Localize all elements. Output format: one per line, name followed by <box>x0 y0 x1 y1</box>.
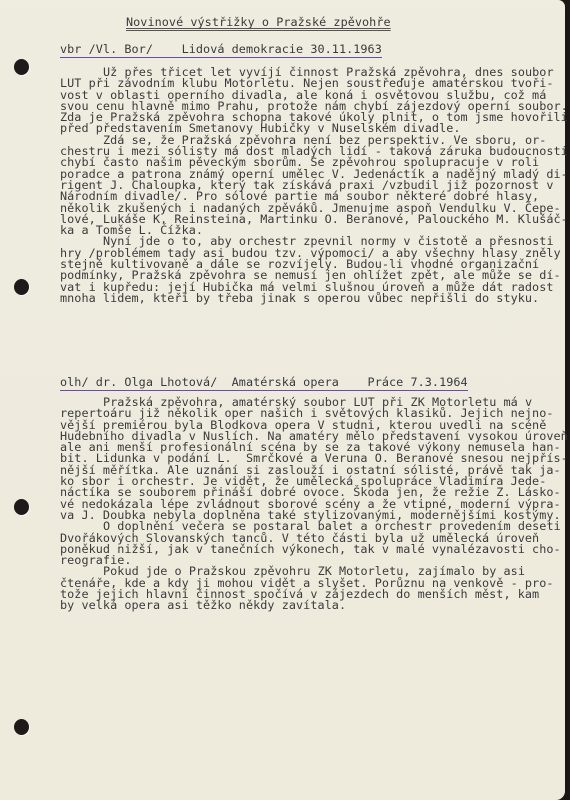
punch-hole-1 <box>14 59 29 75</box>
text-line: by velká opera asi těžko někdy zavítala. <box>60 600 568 611</box>
document-title: Novinové výstřižky o Pražské zpěvohře <box>126 17 391 28</box>
article-1-body: Už přes třicet let vyvíjí činnost Pražsk… <box>60 67 568 304</box>
article-2-header: olh/ dr. Olga Lhotová/ Amatérská opera P… <box>60 377 468 391</box>
article-2-body: Pražská zpěvohra, amatérský soubor LUT p… <box>60 397 568 612</box>
punch-hole-4 <box>14 719 29 735</box>
text-line: mnoha lidem, kteří by třeba jinak s oper… <box>60 293 568 304</box>
typewritten-page: Novinové výstřižky o Pražské zpěvohře vb… <box>0 0 565 800</box>
punch-hole-2 <box>14 279 29 295</box>
text-line: poněkud nižší, jak v tanečních výkonech,… <box>60 544 568 555</box>
article-1-header: vbr /Vl. Bor/ Lidová demokracie 30.11.19… <box>60 44 382 58</box>
punch-hole-3 <box>14 499 29 515</box>
